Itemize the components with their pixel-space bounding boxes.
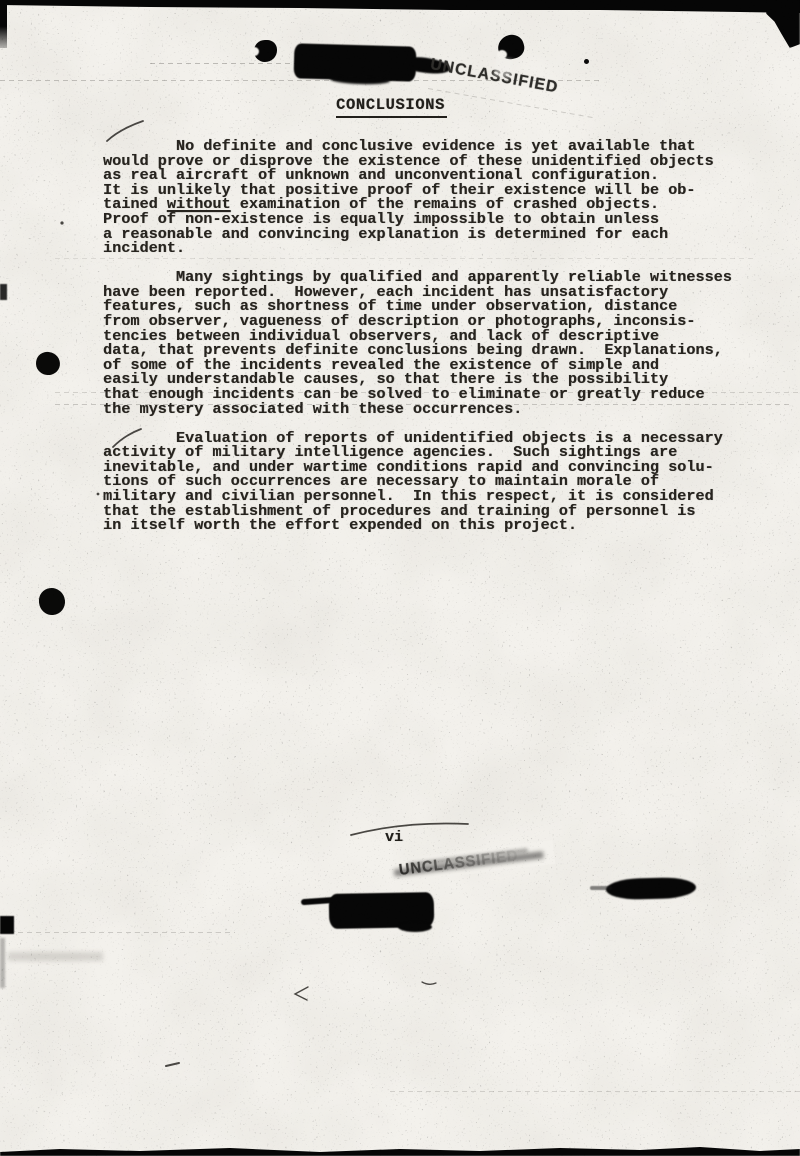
scan-smudge: [8, 952, 103, 961]
paragraph-3: Evaluation of reports of unidentified ob…: [103, 431, 732, 533]
redaction-blob-bottom-right-whisker: [590, 886, 612, 890]
ink-dot-left-bite: [250, 47, 259, 56]
ink-speck: [584, 59, 589, 64]
page-number: vi: [385, 829, 403, 846]
text-line: incident.: [103, 241, 732, 256]
paragraph-1: No definite and conclusive evidence is y…: [103, 139, 732, 256]
text-line: the mystery associated with these occurr…: [103, 402, 732, 417]
scan-edge-left-nub: [0, 284, 7, 300]
scan-edge-left-bottom-mark: [0, 916, 14, 934]
scan-artifact-line: [0, 932, 235, 933]
scan-edge-left-top: [0, 0, 7, 48]
scan-edge-left-bottom-fade: [0, 938, 5, 988]
stamp-wear-gap: [493, 57, 513, 79]
redaction-blob-bottom-left-nub: [398, 922, 432, 932]
text-line: in itself worth the effort expended on t…: [103, 518, 732, 533]
page-title: CONCLUSIONS: [336, 96, 447, 118]
text-line: a reasonable and convincing explanation …: [103, 227, 732, 242]
document-body: No definite and conclusive evidence is y…: [103, 139, 732, 547]
scan-artifact-line: [390, 1091, 800, 1092]
paragraph-2: Many sightings by qualified and apparent…: [103, 270, 732, 416]
scanned-document-page: { "theme": { "paper_color": "#f3f1ec", "…: [0, 0, 800, 1156]
